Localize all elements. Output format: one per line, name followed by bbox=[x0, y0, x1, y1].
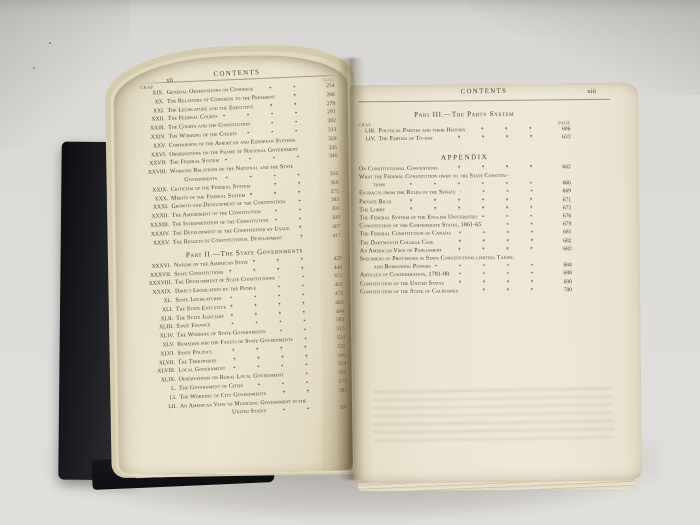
entry-title: The Territories bbox=[178, 358, 217, 366]
entry-title: The State Judiciary bbox=[176, 313, 225, 321]
page-number: 690 bbox=[558, 279, 572, 285]
dot-leaders bbox=[294, 225, 324, 229]
toc-part3-list: LIII.Political Parties and their History… bbox=[358, 126, 570, 145]
chapter-numeral: XXX. bbox=[145, 195, 171, 202]
page-number: 291 bbox=[322, 109, 336, 116]
dot-leaders bbox=[270, 406, 331, 411]
page-number: 266 bbox=[321, 92, 335, 99]
page-number: 302 bbox=[322, 118, 336, 125]
entry-title: On Constitutional Conventions bbox=[359, 165, 438, 172]
dot-leaders bbox=[442, 165, 554, 169]
chapter-numeral: XXXVI. bbox=[148, 263, 174, 270]
page-number: 681 bbox=[557, 230, 571, 236]
toc-entry: LIV.The Parties of To-day633 bbox=[358, 134, 570, 144]
dot-leaders bbox=[265, 207, 323, 212]
page-number: 671 bbox=[557, 197, 571, 203]
chapter-numeral: XLII. bbox=[150, 315, 176, 322]
entry-title: State Finance bbox=[176, 323, 210, 330]
page-column-label: Page bbox=[558, 120, 570, 125]
folio-number: xiii bbox=[587, 88, 596, 95]
entry-title: The Federal Constitution of Canada bbox=[359, 231, 451, 238]
chap-column-label: Chap. bbox=[140, 84, 154, 90]
page-number: 606 bbox=[556, 126, 570, 132]
entry-title: The Government of Cities bbox=[179, 383, 243, 392]
background-shadow-top-right bbox=[470, 0, 700, 95]
chapter-numeral: XXIV. bbox=[142, 134, 168, 141]
chapter-numeral: XXIX. bbox=[145, 187, 171, 194]
chapter-numeral: XL. bbox=[149, 298, 175, 305]
chapter-numeral: XXXII. bbox=[146, 213, 172, 220]
dot-leaders bbox=[395, 198, 554, 202]
dot-leaders bbox=[254, 181, 321, 186]
chapter-numeral: XXXIX. bbox=[149, 289, 175, 296]
chapter-numeral: XXXVIII. bbox=[149, 280, 175, 287]
dot-leaders bbox=[453, 271, 555, 274]
toc-entry: Constitution of the State of California7… bbox=[360, 287, 572, 297]
chapter-numeral: LI. bbox=[153, 394, 179, 401]
dot-leaders bbox=[435, 263, 555, 267]
entry-title: An American View of Parliament bbox=[360, 247, 443, 254]
show-through-text bbox=[373, 382, 614, 442]
entry-title: State Constitutions bbox=[174, 269, 223, 277]
entry-title: The State Executive bbox=[176, 304, 227, 312]
chapter-numeral: XX. bbox=[141, 99, 167, 106]
entry-title: State Politics bbox=[177, 349, 212, 356]
toc-appendix-list: On Constitutional Conventions662What the… bbox=[359, 164, 572, 297]
page-number: 313 bbox=[322, 127, 336, 134]
dot-leaders bbox=[460, 189, 554, 192]
dot-leaders bbox=[286, 234, 324, 238]
page-number: 254 bbox=[320, 83, 334, 90]
page-number: 335 bbox=[323, 144, 337, 151]
chapter-numeral: XLVII. bbox=[152, 359, 178, 366]
dot-leaders bbox=[437, 135, 553, 139]
dot-leaders bbox=[485, 222, 554, 225]
entry-title: Constitution of the United States bbox=[360, 280, 444, 287]
book-photo: xii Contents Chap. Page XIX.General Obse… bbox=[0, 0, 700, 525]
entry-title: Articles of Confederation, 1781-88 bbox=[360, 272, 449, 279]
dot-leaders bbox=[254, 119, 319, 124]
page-number: 682 bbox=[558, 238, 572, 244]
folio-number: xii bbox=[166, 77, 173, 84]
dot-leaders bbox=[279, 93, 318, 97]
chapter-numeral: XLV. bbox=[151, 342, 177, 349]
chapter-numeral: XXII. bbox=[142, 116, 168, 123]
page-number: 366 bbox=[324, 180, 338, 187]
page-number: 375 bbox=[325, 188, 339, 195]
entry-title: Nature of the American State bbox=[174, 260, 248, 269]
page-number: 324 bbox=[323, 136, 337, 143]
dot-leaders bbox=[258, 102, 319, 107]
page-number: 700 bbox=[558, 287, 572, 293]
chapter-numeral: XXIII. bbox=[142, 125, 168, 132]
dot-leaders bbox=[482, 214, 555, 217]
chapter-numeral: XLVIII. bbox=[152, 368, 178, 375]
chapter-numeral: XLVI. bbox=[152, 351, 178, 358]
page-number: 356 bbox=[324, 171, 338, 178]
part3-heading: Part III.—The Party System bbox=[358, 109, 570, 119]
entry-title: The Federal System of the English Univer… bbox=[359, 214, 477, 221]
dust-speck bbox=[33, 67, 35, 69]
gutter-shadow bbox=[338, 58, 364, 480]
dot-leaders bbox=[462, 288, 555, 291]
dot-leaders bbox=[289, 199, 322, 203]
page-number: 666 bbox=[557, 180, 571, 186]
entry-title: The Federal System bbox=[170, 158, 220, 166]
left-page: xii Contents Chap. Page XIX.General Obse… bbox=[113, 54, 353, 473]
chapter-numeral: L. bbox=[153, 386, 179, 393]
dot-leaders bbox=[279, 275, 325, 279]
entry-title: The Parties of To-day bbox=[378, 135, 433, 142]
entry-title: Specimens of Provisions in State Constit… bbox=[360, 255, 514, 263]
entry-title: Local Government bbox=[178, 366, 225, 374]
dot-leaders bbox=[438, 239, 555, 243]
dot-leaders bbox=[455, 230, 554, 233]
chapter-numeral: XXXI. bbox=[145, 204, 171, 211]
chapter-numeral: XXVII. bbox=[144, 160, 170, 167]
chapter-numeral: XXXV. bbox=[147, 239, 173, 246]
page-number: 673 bbox=[557, 205, 571, 211]
chapter-numeral: XLIX. bbox=[153, 377, 179, 384]
chapter-numeral: XLIII. bbox=[150, 324, 176, 331]
dot-leaders bbox=[257, 84, 318, 89]
entry-title: Extracts from the Rules of the Senate bbox=[359, 190, 456, 197]
entry-title: and Borrowing Powers bbox=[374, 264, 431, 271]
page-number: 684 bbox=[558, 262, 572, 268]
dot-leaders bbox=[302, 146, 320, 149]
chapter-numeral: XXI. bbox=[141, 108, 167, 115]
right-page: Contents xiii Part III.—The Party System… bbox=[350, 83, 642, 484]
page-number: 683 bbox=[558, 246, 572, 252]
appendix-heading: Appendix bbox=[359, 152, 571, 162]
dot-leaders bbox=[448, 279, 555, 283]
chapter-numeral: XXXIII. bbox=[146, 222, 172, 229]
dot-leaders bbox=[270, 389, 330, 394]
dot-leaders bbox=[252, 257, 325, 262]
chapter-numeral: XLI. bbox=[150, 307, 176, 314]
dot-leaders bbox=[270, 327, 328, 332]
page-number: 679 bbox=[557, 221, 571, 227]
toc-part2-list: XXXVI.Nature of the American State428XXX… bbox=[148, 256, 348, 422]
dot-leaders bbox=[299, 137, 320, 140]
running-head: Contents bbox=[358, 87, 610, 97]
entry-title: The Federal Courts bbox=[168, 114, 218, 122]
chapter-numeral: XXXIV. bbox=[146, 231, 172, 238]
entry-title: State Legislatures bbox=[175, 296, 221, 304]
dot-leaders bbox=[260, 283, 326, 288]
dot-leaders bbox=[297, 336, 328, 340]
dot-leaders bbox=[470, 127, 554, 130]
dot-leaders bbox=[389, 206, 554, 210]
page-number: 669 bbox=[557, 189, 571, 195]
chapter-numeral: XLIV. bbox=[151, 333, 177, 340]
dot-leaders bbox=[288, 371, 330, 375]
page-number: 662 bbox=[557, 164, 571, 170]
left-page-text: xii Contents Chap. Page XIX.General Obse… bbox=[140, 66, 350, 468]
entry-title: United States bbox=[232, 408, 266, 415]
chapter-numeral: XXVIII. bbox=[144, 169, 170, 176]
chapter-numeral: XXVI. bbox=[143, 151, 169, 158]
entry-title: What the Federal Constitution owed to th… bbox=[359, 173, 509, 181]
entry-title: Constitution of the State of California bbox=[360, 288, 458, 295]
toc-part1-list: XIX.General Observations on Congress254X… bbox=[141, 83, 341, 249]
dot-leaders bbox=[272, 216, 323, 221]
entry-title: The Dartmouth College Case bbox=[360, 239, 434, 246]
right-page-text: Contents xiii Part III.—The Party System… bbox=[358, 85, 612, 298]
entry-title: Constitution of the Confederate States, … bbox=[359, 222, 481, 229]
page-number: 688 bbox=[558, 271, 572, 277]
page-number: 633 bbox=[556, 134, 570, 140]
dot-leaders bbox=[389, 181, 554, 185]
entry-title: Political Parties and their History bbox=[378, 127, 465, 134]
chapter-numeral: XIX. bbox=[141, 90, 167, 97]
page-number: 676 bbox=[557, 213, 571, 219]
page-number: 346 bbox=[323, 153, 337, 160]
chapter-numeral: XXV. bbox=[143, 143, 169, 150]
page-number: 279 bbox=[321, 101, 335, 108]
entry-title: Governments bbox=[184, 176, 217, 183]
header-rule bbox=[358, 99, 610, 103]
entry-title: tions bbox=[373, 182, 385, 188]
dust-speck bbox=[49, 42, 51, 44]
chapter-numeral: LII. bbox=[154, 403, 180, 410]
chapter-numeral: XXXVII. bbox=[148, 271, 174, 278]
dot-leaders bbox=[446, 247, 555, 251]
page-column-label: Page bbox=[322, 77, 334, 82]
